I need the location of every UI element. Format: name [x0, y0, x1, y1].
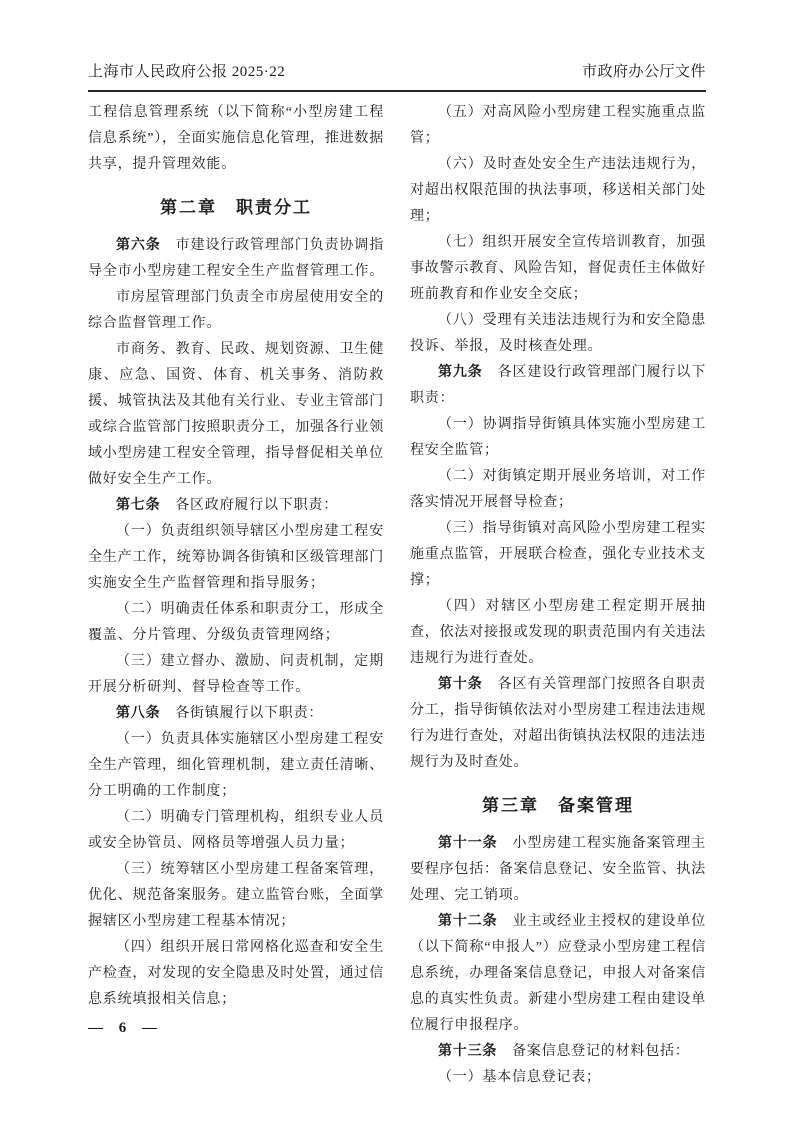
article-number: 第十二条: [438, 914, 498, 929]
paragraph: （二）明确专门管理机构，组织专业人员或安全协管员、网格员等增强人员力量；: [88, 805, 384, 857]
paragraph: 第十二条 业主或经业主授权的建设单位（以下简称“申报人”）应登录小型房建工程信息…: [410, 909, 706, 1039]
paragraph: （六）及时查处安全生产违法违规行为，对超出权限范围的执法事项，移送相关部门处理；: [410, 152, 706, 230]
header-left-text: 上海市人民政府公报 2025·22: [88, 60, 285, 81]
paragraph: 第九条 各区建设行政管理部门履行以下职责：: [410, 360, 706, 412]
paragraph: （一）负责具体实施辖区小型房建工程安全生产管理，细化管理机制，建立责任清晰、分工…: [88, 727, 384, 805]
paragraph: （八）受理有关违法违规行为和安全隐患投诉、举报，及时核查处理。: [410, 308, 706, 360]
gazette-page: 上海市人民政府公报 2025·22 市政府办公厅文件 工程信息管理系统（以下简称…: [0, 0, 793, 1122]
paragraph: （二）对街镇定期开展业务培训，对工作落实情况开展督导检查；: [410, 464, 706, 516]
page-number: — 6 —: [88, 1020, 163, 1037]
article-number: 第十一条: [438, 836, 498, 851]
paragraph: （一）基本信息登记表；: [410, 1065, 706, 1091]
paragraph: 市商务、教育、民政、规划资源、卫生健康、应急、国资、体育、机关事务、消防救援、城…: [88, 337, 384, 493]
paragraph: 工程信息管理系统（以下简称“小型房建工程信息系统”），全面实施信息化管理，推进数…: [88, 100, 384, 178]
column-left: 工程信息管理系统（以下简称“小型房建工程信息系统”），全面实施信息化管理，推进数…: [88, 100, 384, 1091]
paragraph: （四）组织开展日常网格化巡查和安全生产检查，对发现的安全隐患及时处置，通过信息系…: [88, 935, 384, 1013]
paragraph: 第十条 各区有关管理部门按照各自职责分工，指导街镇依法对小型房建工程违法违规行为…: [410, 672, 706, 776]
chapter-heading: 第二章 职责分工: [88, 194, 384, 221]
article-number: 第八条: [116, 706, 160, 721]
header-rule: [88, 90, 706, 92]
document-body: 工程信息管理系统（以下简称“小型房建工程信息系统”），全面实施信息化管理，推进数…: [88, 100, 706, 1091]
paragraph: （三）统筹辖区小型房建工程备案管理，优化、规范备案服务。建立监管台账，全面掌握辖…: [88, 857, 384, 935]
article-number: 第六条: [116, 238, 161, 253]
paragraph: （七）组织开展安全宣传培训教育，加强事故警示教育、风险告知，督促责任主体做好班前…: [410, 230, 706, 308]
paragraph: 第六条 市建设行政管理部门负责协调指导全市小型房建工程安全生产监督管理工作。: [88, 233, 384, 285]
article-number: 第十三条: [438, 1044, 497, 1059]
column-right: （五）对高风险小型房建工程实施重点监管；（六）及时查处安全生产违法违规行为，对超…: [410, 100, 706, 1091]
paragraph: （一）协调指导街镇具体实施小型房建工程安全监管；: [410, 412, 706, 464]
paragraph: （二）明确责任体系和职责分工，形成全覆盖、分片管理、分级负责管理网络；: [88, 597, 384, 649]
paragraph: （五）对高风险小型房建工程实施重点监管；: [410, 100, 706, 152]
article-number: 第九条: [438, 365, 483, 380]
article-number: 第七条: [116, 498, 160, 513]
paragraph: 第十三条 备案信息登记的材料包括：: [410, 1039, 706, 1065]
paragraph: 第十一条 小型房建工程实施备案管理主要程序包括：备案信息登记、安全监管、执法处理…: [410, 831, 706, 909]
page-header: 上海市人民政府公报 2025·22 市政府办公厅文件: [88, 60, 706, 81]
paragraph: （三）指导街镇对高风险小型房建工程实施重点监管，开展联合检查，强化专业技术支撑；: [410, 516, 706, 594]
paragraph: 第八条 各街镇履行以下职责：: [88, 701, 384, 727]
paragraph: 市房屋管理部门负责全市房屋使用安全的综合监督管理工作。: [88, 285, 384, 337]
paragraph: （三）建立督办、激励、问责机制，定期开展分析研判、督导检查等工作。: [88, 649, 384, 701]
paragraph: （四）对辖区小型房建工程定期开展抽查，依法对接报或发现的职责范围内有关违法违规行…: [410, 594, 706, 672]
header-right-text: 市政府办公厅文件: [582, 60, 706, 81]
chapter-heading: 第三章 备案管理: [410, 792, 706, 819]
paragraph: （一）负责组织领导辖区小型房建工程安全生产工作，统筹协调各街镇和区级管理部门实施…: [88, 519, 384, 597]
paragraph: 第七条 各区政府履行以下职责：: [88, 493, 384, 519]
article-number: 第十条: [438, 677, 483, 692]
